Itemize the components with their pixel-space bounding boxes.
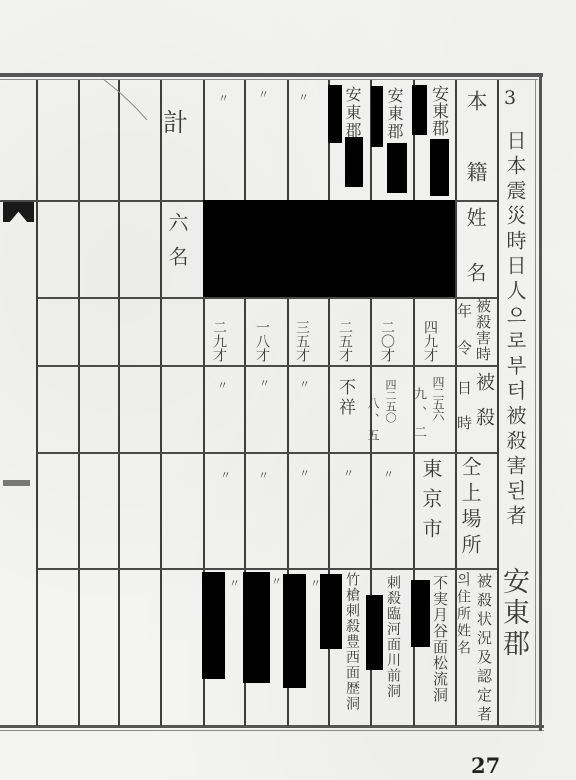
redaction-box bbox=[371, 86, 383, 147]
name-redaction-block bbox=[203, 200, 455, 297]
redaction-box bbox=[283, 574, 306, 688]
record-4-date: 〃 bbox=[299, 379, 310, 390]
record-5-date: 〃 bbox=[259, 378, 270, 389]
redaction-box bbox=[202, 572, 225, 679]
header-place: 仝上場所 bbox=[460, 456, 480, 560]
record-4-circumstance: 〃 bbox=[310, 578, 321, 589]
redaction-box bbox=[412, 85, 427, 135]
redaction-box bbox=[411, 580, 430, 647]
header-circumstance-sub: 의住所姓名 bbox=[456, 572, 470, 657]
header-date-sub: 日時 bbox=[456, 380, 471, 450]
record-3-age: 二五才 bbox=[338, 320, 352, 362]
record-3-circumstance: 竹槍刺殺豊西面歴洞 bbox=[345, 572, 359, 712]
record-1-circumstance: 不実月谷面松流洞 bbox=[432, 575, 447, 703]
record-2-place: 〃 bbox=[383, 469, 394, 480]
binder-edge-mark bbox=[3, 480, 30, 486]
record-1-place: 東京市 bbox=[421, 458, 441, 548]
document-title: 日本震災時日人으로부터被殺害된者 bbox=[505, 130, 525, 530]
record-4-place: 〃 bbox=[299, 468, 310, 479]
record-4-domicile: 〃 bbox=[298, 92, 309, 103]
redaction-box bbox=[366, 595, 383, 670]
header-circumstance-main: 被殺状況及認定者 bbox=[476, 573, 491, 725]
redaction-box bbox=[430, 139, 449, 196]
header-age-main: 被殺害時 bbox=[475, 298, 490, 362]
record-5-circumstance: 〃 bbox=[271, 576, 282, 587]
redaction-box bbox=[320, 574, 342, 649]
scanned-page: 3 日本震災時日人으로부터被殺害된者 安東郡 本籍 姓名 被殺害時 年令 被殺 … bbox=[0, 0, 576, 780]
record-4-age: 三五才 bbox=[295, 320, 309, 362]
record-2-circumstance: 刺殺臨河面川前洞 bbox=[386, 575, 400, 699]
total-count: 六名 bbox=[167, 212, 187, 280]
title-index-number: 3 bbox=[504, 89, 516, 108]
record-2-date-day: 八、五 bbox=[367, 397, 379, 445]
record-2-domicile: 安東郡 bbox=[386, 87, 402, 141]
record-6-circumstance: 〃 bbox=[229, 578, 240, 589]
record-6-place: 〃 bbox=[220, 470, 231, 481]
header-date-main: 被殺 bbox=[474, 372, 493, 442]
record-1-domicile: 安東郡 bbox=[429, 85, 446, 136]
redaction-box bbox=[387, 143, 407, 193]
record-3-date: 不祥 bbox=[336, 378, 353, 418]
title-region: 安東郡 bbox=[500, 567, 527, 660]
record-2-date-year: 四二五〇 bbox=[385, 379, 396, 423]
record-2-age: 二〇才 bbox=[380, 320, 394, 362]
redaction-box bbox=[243, 572, 270, 683]
record-6-date: 〃 bbox=[217, 380, 228, 391]
record-5-age: 一八才 bbox=[255, 320, 269, 362]
header-age-sub: 年令 bbox=[456, 303, 471, 377]
record-3-place: 〃 bbox=[343, 468, 354, 479]
record-6-age: 二九才 bbox=[212, 320, 226, 362]
record-3-domicile: 安東郡 bbox=[344, 86, 360, 140]
redaction-box bbox=[345, 137, 363, 187]
record-1-age: 四九才 bbox=[423, 320, 437, 362]
redaction-box bbox=[328, 85, 342, 143]
record-5-domicile: 〃 bbox=[258, 89, 269, 100]
page-number: 27 bbox=[471, 753, 500, 778]
record-1-date-day: 九、二 bbox=[412, 387, 425, 444]
record-5-place: 〃 bbox=[258, 470, 269, 481]
record-6-domicile: 〃 bbox=[218, 93, 229, 104]
record-1-date-year: 四二五六 bbox=[432, 376, 444, 420]
total-label: 計 bbox=[163, 110, 188, 135]
